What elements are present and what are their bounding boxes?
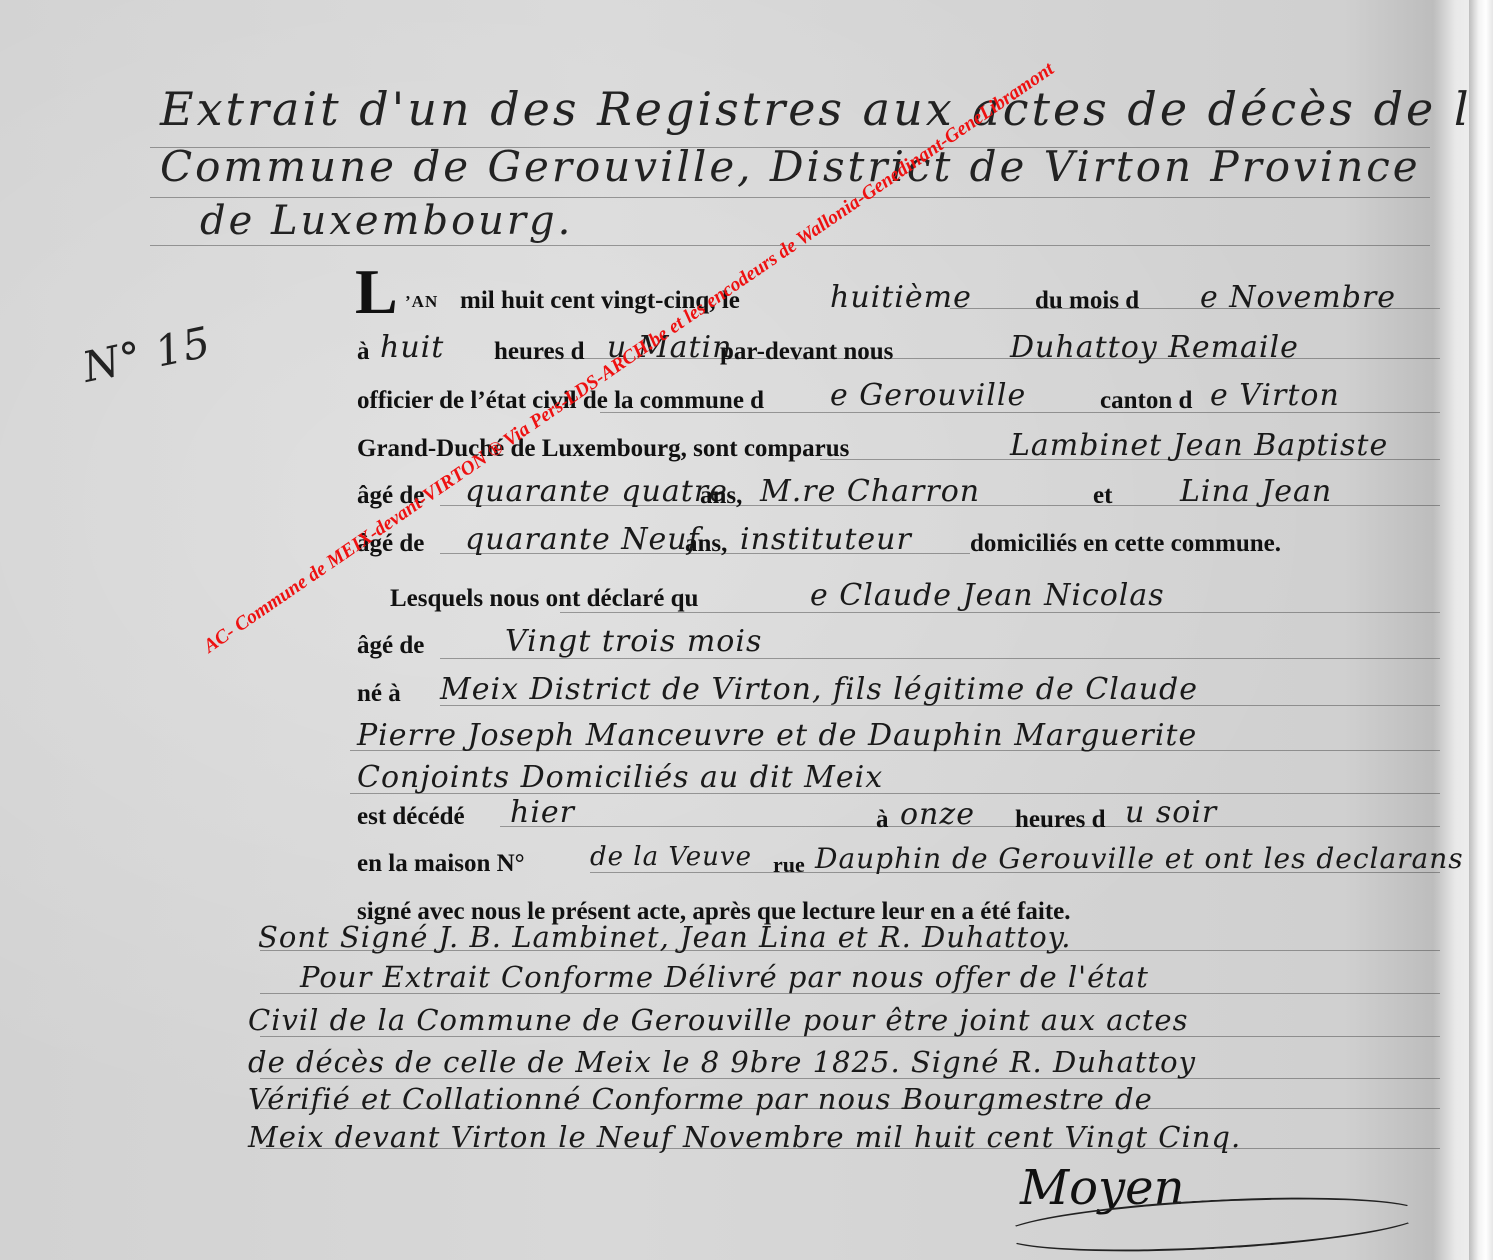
handwritten-street-and-continuation: Dauphin de Gerouville et ont les declara… [815, 842, 1464, 875]
handwritten-canton: e Virton [1210, 378, 1340, 413]
handwritten-commune: e Gerouville [830, 378, 1026, 413]
printed-text: par-devant nous [720, 338, 893, 366]
handwritten-death-hour: onze [900, 797, 975, 832]
annotation-date-signed: de décès de celle de Meix le 8 9bre 1825… [248, 1045, 1196, 1079]
handwritten-parents: Pierre Joseph Manceuvre et de Dauphin Ma… [357, 718, 1197, 753]
dropcap-letter: L [355, 260, 398, 324]
printed-text: ans, [700, 482, 742, 510]
printed-text: rue [773, 852, 805, 878]
printed-text: domiciliés en cette commune. [970, 530, 1281, 558]
handwritten-deceased-age: Vingt trois mois [505, 624, 762, 659]
annotation-extract-certification: Civil de la Commune de Gerouville pour ê… [248, 1003, 1188, 1037]
handwritten-birthplace-parents: Meix District de Virton, fils légitime d… [440, 672, 1198, 707]
scanned-document-page: Extrait d'un des Registres aux actes de … [0, 0, 1493, 1260]
annotation-extract-certification: Pour Extrait Conforme Délivré par nous o… [300, 960, 1149, 994]
annotation-verification: Vérifié et Collationné Conforme par nous… [248, 1082, 1153, 1116]
printed-text: ’AN [405, 292, 438, 312]
printed-text: Lesquels nous ont déclaré qu [390, 585, 698, 613]
handwritten-domicile: Conjoints Domiciliés au dit Meix [357, 760, 883, 795]
printed-text: à [876, 806, 889, 834]
annotation-verification-date: Meix devant Virton le Neuf Novembre mil … [248, 1120, 1241, 1154]
handwritten-day: huitième [830, 280, 972, 315]
handwritten-witness-1: Lambinet Jean Baptiste [1010, 428, 1388, 463]
handwritten-month: e Novembre [1200, 280, 1396, 315]
printed-text: canton d [1100, 387, 1192, 415]
handwritten-officer: Duhattoy Remaile [1010, 330, 1299, 365]
handwritten-deceased-name: e Claude Jean Nicolas [810, 578, 1165, 613]
handwritten-occupation-1: M.re Charron [760, 474, 980, 509]
printed-text: à [357, 338, 370, 366]
margin-record-number: N° 15 [78, 317, 215, 392]
heading-line-1: Extrait d'un des Registres aux actes de … [160, 82, 1493, 136]
handwritten-age-2: quarante Neuf [465, 522, 700, 557]
handwritten-death-day: hier [510, 795, 575, 830]
heading-line-3: de Luxembourg. [200, 198, 573, 244]
printed-text: heures d [1015, 806, 1106, 834]
printed-text: en la maison N° [357, 850, 525, 878]
printed-text: né à [357, 680, 401, 708]
heading-line-2: Commune de Gerouville, District de Virto… [160, 142, 1421, 191]
handwritten-hour: huit [380, 330, 444, 365]
printed-text: ans, [685, 530, 727, 558]
annotation-signatories: Sont Signé J. B. Lambinet, Jean Lina et … [258, 920, 1071, 954]
printed-text: du mois d [1035, 287, 1139, 315]
printed-text: âgé de [357, 632, 424, 660]
handwritten-death-period: u soir [1125, 795, 1217, 830]
handwritten-house: de la Veuve [590, 842, 752, 872]
printed-text: heures d [494, 338, 585, 366]
page-edge [1469, 0, 1493, 1260]
printed-text: et [1093, 482, 1112, 510]
printed-text: est décédé [357, 803, 465, 831]
handwritten-occupation-2: instituteur [740, 522, 912, 557]
handwritten-witness-2: Lina Jean [1180, 474, 1332, 509]
printed-text: Grand-Duché de Luxembourg, sont comparus [357, 435, 849, 463]
handwritten-age-1: quarante quatre [465, 474, 728, 509]
